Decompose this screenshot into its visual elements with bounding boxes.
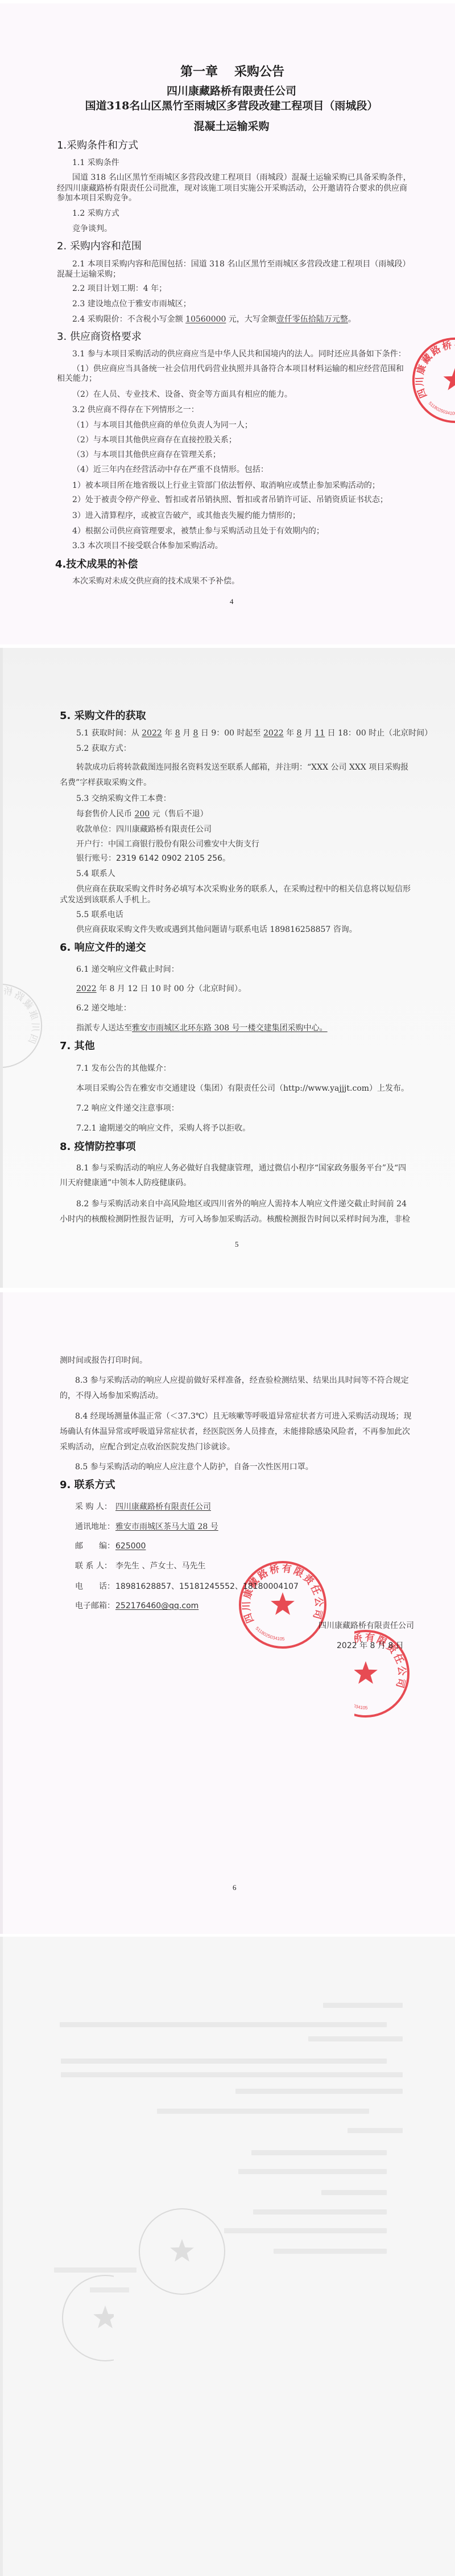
price-limit-suffix: 。 [348,315,356,324]
paragraph-line: 本项目采购公告在雅安市交通建设（集团）有限责任公司（http://www.yaj… [76,1083,409,1094]
page-number: 6 [233,1883,237,1892]
account-line: 银行账号：2319 6142 0902 2105 256。 [76,853,230,864]
field-label: 电子邮箱： [75,1601,115,1611]
paragraph-line: 2.1 本项目采购内容和范围包括：国道 318 名山区黑竹至雨城区多营段改建工程… [72,259,410,269]
paragraph-line: 3.2 供应商不得存在下列情形之一： [72,405,199,415]
subsection-title: 1.1 采购条件 [72,158,119,168]
company-seal-icon: 四川康藏路桥有限责任公司 5118025034105 [354,1628,411,1719]
svg-text:四川康藏路桥有限责任公司: 四川康藏路桥有限责任公司 [0,985,41,1045]
purchaser-title: 四川康藏路桥有限责任公司 [0,85,455,97]
bad-conduct-item: 2）处于被责令停产停业、暂扣或者吊销执照、暂扣或者吊销许可证、吊销资质证书状态； [72,495,388,505]
fee-amount: 200 [134,810,150,819]
bleed-through-mark [238,2169,387,2174]
field-value: 四川康藏路桥有限责任公司 [115,1502,211,1511]
fee-suffix: 元（售后不退） [150,810,208,819]
page-3: 测时间或报告打印时间。 8.3 参与采购活动的响应人应提前做好采样准备，经查验检… [0,1292,455,1934]
payee-line: 收款单位：四川康藏路桥有限责任公司 [76,824,212,835]
paragraph-line: （2）在人员、专业技术、设备、资金等方面具有相应的能力。 [72,389,292,400]
paragraph-line: 测时间或报告打印时间。 [60,1355,147,1366]
chapter-title: 采购公告 [234,65,284,80]
paragraph-line: 2.3 建设地点位于雅安市雨城区； [72,299,191,309]
section-heading-2: 2. 采购内容和范围 [57,240,142,253]
bleed-through-mark [60,2022,387,2027]
subject-title: 混凝土运输采购 [0,120,455,133]
start-year: 2022 [142,729,162,738]
subsection-title: 6.2 递交地址： [76,1003,131,1013]
section-heading-7: 7. 其他 [60,1040,95,1053]
page-1: 第一章 采购公告 四川康藏路桥有限责任公司 国道318名山区黑竹至雨城区多营段改… [0,0,455,644]
paragraph-line: 8.5 参与采购活动的响应人应注意个人防护，自备一次性医用口罩。 [75,1462,313,1472]
section-heading-6: 6. 响应文件的递交 [60,942,146,954]
section-heading-3: 3. 供应商资格要求 [57,331,142,343]
page-number: 5 [235,1240,239,1249]
paragraph-line: 转款成功后将转款截图连同报名资料发送至联系人邮箱，并注明：“XXX 公司 XXX… [76,762,408,773]
paragraph-line: 参加本项目采购竞争。 [57,193,136,203]
price-limit-mid: 元，大写金额 [226,315,276,324]
acquire-time-label: 5.1 获取时间：从 [76,729,142,738]
fee-line: 每套售价人民币 200 元（售后不退） [76,809,208,819]
seal-bleed-through-icon [136,2206,227,2297]
paragraph-line: 国道 318 名山区黑竹至雨城区多营段改建工程项目（雨城段）混凝土运输采购已具备… [72,172,411,183]
bad-conduct-item: 1）被本项目所在地省级以上行业主管部门依法暂停、取消响应或禁止参加采购活动的； [72,480,380,491]
subsection-title: 7.1 发布公告的其他媒介： [76,1063,171,1074]
fee-prefix: 每套售价人民币 [76,810,134,819]
paragraph-line: 的，不得入场参加采购活动。 [60,1391,163,1401]
subsection-title: 7.2 响应文件递交注意事项： [76,1103,179,1114]
paragraph-line: 供应商在获取采购文件时务必填写本次采购业务的联系人，在采购过程中的相关信息将以短… [76,884,411,894]
contact-field-contacts: 联 系 人：李先生 、芦女士、马先生 [75,1561,205,1571]
paragraph-line: 混凝土运输采购； [57,269,121,280]
paragraph-line: 8.3 参与采购活动的响应人应提前做好采样准备，经查验检测结果、结果出具时间等不… [75,1375,409,1386]
bleed-through-mark [235,2089,403,2094]
paragraph-line: 竞争谈判。 [72,224,112,234]
project-title: 国道318名山区黑竹至雨城区多营段改建工程项目（雨城段） [0,100,455,112]
bad-conduct-item: 4）根据公司供应商管理要求，被禁止参与采购活动且处于有效期内的； [72,526,324,536]
subsection-title: 1.2 采购方式 [72,208,119,219]
paragraph-line: （1）供应商应当具备统一社会信用代码营业执照并具备符合本项目材料运输的相应经营范… [72,364,404,374]
paragraph-line: 相关能力； [57,373,97,384]
company-seal-icon: 四川康藏路桥有限责任公司 5118025034105 [237,1559,328,1650]
bleed-through-mark [321,2190,387,2195]
field-label: 电 话： [75,1581,115,1592]
start-clock: 日 9：00 时起至 [198,729,263,738]
bleed-through-mark [251,2150,387,2155]
start-month: 8 [175,729,180,738]
seal-bleed-through-icon: 四川康藏路桥有限责任公司 [0,981,44,1070]
price-amount-figures: 10560000 [185,315,226,324]
seal-bleed-through-icon [60,2273,114,2364]
month-word: 月 [180,729,193,738]
section-heading-8: 8. 疫情防控事项 [60,1141,136,1153]
field-label: 通讯地址： [75,1522,115,1532]
field-value: 625000 [115,1542,146,1551]
partial-seal: 四川康藏路桥有限责任公司 5118025034105 [354,1628,417,1720]
address-place: 雅安市雨城区北环东路 308 号一楼交建集团采购中心。 [132,1024,328,1033]
price-amount-words: 壹仟零伍拾陆万元整 [276,315,348,324]
bank-line: 开户行：中国工商银行股份有限公司雅安中大街支行 [76,839,259,849]
exclusion-item: （4）近三年内在经营活动中存在严重不良情形。包括： [72,465,268,475]
bleed-through-mark [54,2267,136,2273]
subsection-title: 5.4 联系人 [76,869,115,879]
bleed-through-mark [348,2128,403,2133]
paragraph-line: 式发送到该联系人手机上。 [60,895,155,905]
field-value: 李先生 、芦女士、马先生 [115,1562,205,1571]
field-label: 联 系 人： [75,1561,115,1571]
paragraph-line: 本次采购对未成交供应商的技术成果不予补偿。 [72,576,239,586]
bleed-through-mark [253,2209,387,2215]
paragraph-line: 7.2.1 逾期递交的响应文件，采购人将予以拒收。 [76,1123,250,1133]
svg-text:四川康藏路桥有限责任公司: 四川康藏路桥有限责任公司 [413,339,455,400]
contact-field-email: 电子邮箱：252176460@qq.com [75,1601,198,1611]
paragraph-line: 经四川康藏路桥有限责任公司批准，现对该施工项目实施公开采购活动，公开邀请符合要求… [57,183,407,194]
exclusion-item: （2）与本项目其他供应商存在直接控股关系； [72,435,237,445]
paragraph-line: 8.2 参与采购活动来自中高风险地区或四川省外的响应人需持本人响应文件递交截止时… [76,1199,407,1209]
company-seal-icon: 四川康藏路桥有限责任公司 5118025034105 [411,336,455,425]
end-day: 11 [315,729,325,738]
field-value: 雅安市雨城区茶马大道 28 号 [115,1522,218,1531]
contact-field-address: 通讯地址：雅安市雨城区茶马大道 28 号 [75,1522,218,1532]
bleed-through-mark [61,2072,403,2077]
contact-field-postcode: 邮 编：625000 [75,1541,146,1551]
end-year: 2022 [263,729,284,738]
deadline-rest: 年 8 月 12 日 10 时 00 分（北京时间）。 [97,984,246,993]
paragraph-line: 8.1 参与采购活动的响应人务必做好自我健康管理，通过微信小程序“国家政务服务平… [76,1163,406,1173]
svg-text:5118025034105: 5118025034105 [354,1695,368,1711]
month-word: 月 [301,729,315,738]
page-number: 4 [230,597,234,606]
year-word: 年 [162,729,175,738]
paragraph-line: 8.4 经现场测量体温正常（＜37.3℃）且无咳嗽等呼吸道异常症状者方可进入采购… [75,1411,412,1421]
bad-conduct-item: 3）进入清算程序，或被宣告破产，或其他丧失履约能力情形的； [72,511,300,521]
year-word: 年 [284,729,297,738]
section-heading-9: 9. 联系方式 [60,1479,115,1492]
section-heading-1: 1.采购条件和方式 [57,139,138,152]
subsection-title: 6.1 递交响应文件截止时间： [76,964,179,975]
partial-seal-bleed [60,2273,114,2367]
bleed-through-mark [274,2249,387,2254]
paragraph-line: 供应商获取采购文件失败或遇到其他问题请与联系电话 189816258857 咨询… [76,925,357,935]
field-label: 邮 编： [75,1541,115,1551]
contact-field-purchaser: 采 购 人：四川康藏路桥有限责任公司 [75,1502,211,1512]
section-heading-5: 5. 采购文件的获取 [60,710,146,722]
paragraph-line: 场确认有体温异常或呼吸道异常症状者，经医院医务人员排查，未能排除感染风险者，不再… [60,1427,410,1437]
page-2: 5. 采购文件的获取 5.1 获取时间：从 2022 年 8 月 8 日 9：0… [0,648,455,1288]
field-value: 252176460@qq.com [115,1601,198,1610]
deadline-line: 2022 年 8 月 12 日 10 时 00 分（北京时间）。 [76,984,246,994]
bleed-through-mark [157,2109,369,2114]
exclusion-item: （3）与本项目其他供应商存在管理关系； [72,450,221,460]
section-heading-4: 4.技术成果的补偿 [55,558,138,571]
svg-text:四川康藏路桥有限责任公司: 四川康藏路桥有限责任公司 [354,1631,407,1693]
paragraph-line: 3.1 参与本项目采购活动的供应商应当是中华人民共和国境内的法人。同时还应具备如… [72,349,406,359]
price-limit-prefix: 2.4 采购限价：不含税小写金额 [72,315,185,324]
paragraph-line: 2.2 项目计划工期：4 年； [72,284,167,294]
paragraph-line: 小时内的核酸检测阴性报告证明，方可入场参加采购活动。核酸检测报告时间以采样时间为… [60,1214,410,1225]
deadline-year: 2022 [76,984,97,993]
acquire-time-line: 5.1 获取时间：从 2022 年 8 月 8 日 9：00 时起至 2022 … [76,728,432,738]
paragraph-line: 采购活动，应配合到定点收治医院发热门诊就诊。 [60,1442,235,1452]
paragraph-line: 川天府健康通”中领本人防疫健康码。 [60,1178,191,1188]
address-prefix: 指派专人送达至 [76,1024,132,1033]
subsection-title: 5.3 交纳采购文件工本费： [76,794,171,804]
exclusion-item: （1）与本项目其他供应商的单位负责人为同一人； [72,420,253,430]
subsection-title: 5.5 联系电话 [76,910,123,920]
page-4-blank [0,1937,455,2576]
bleed-through-mark [224,2228,387,2233]
field-label: 采 购 人： [75,1502,115,1512]
address-line: 指派专人送达至雅安市雨城区北环东路 308 号一楼交建集团采购中心。 [76,1023,328,1033]
paragraph-line: 名费”字样获取采购文件。 [60,778,151,788]
paragraph-line: 3.3 本次项目不接受联合体参加采购活动。 [72,541,223,551]
bleed-through-mark [308,2036,403,2041]
bleed-through-mark [61,2059,387,2064]
bleed-through-mark [323,2003,403,2008]
end-clock: 日 18：00 时止（北京时间） [325,729,432,738]
subsection-title: 5.2 获取方式： [76,743,131,754]
price-limit-line: 2.4 采购限价：不含税小写金额 10560000 元，大写金额壹仟零伍拾陆万元… [72,314,356,324]
chapter-label: 第一章 [180,65,218,80]
